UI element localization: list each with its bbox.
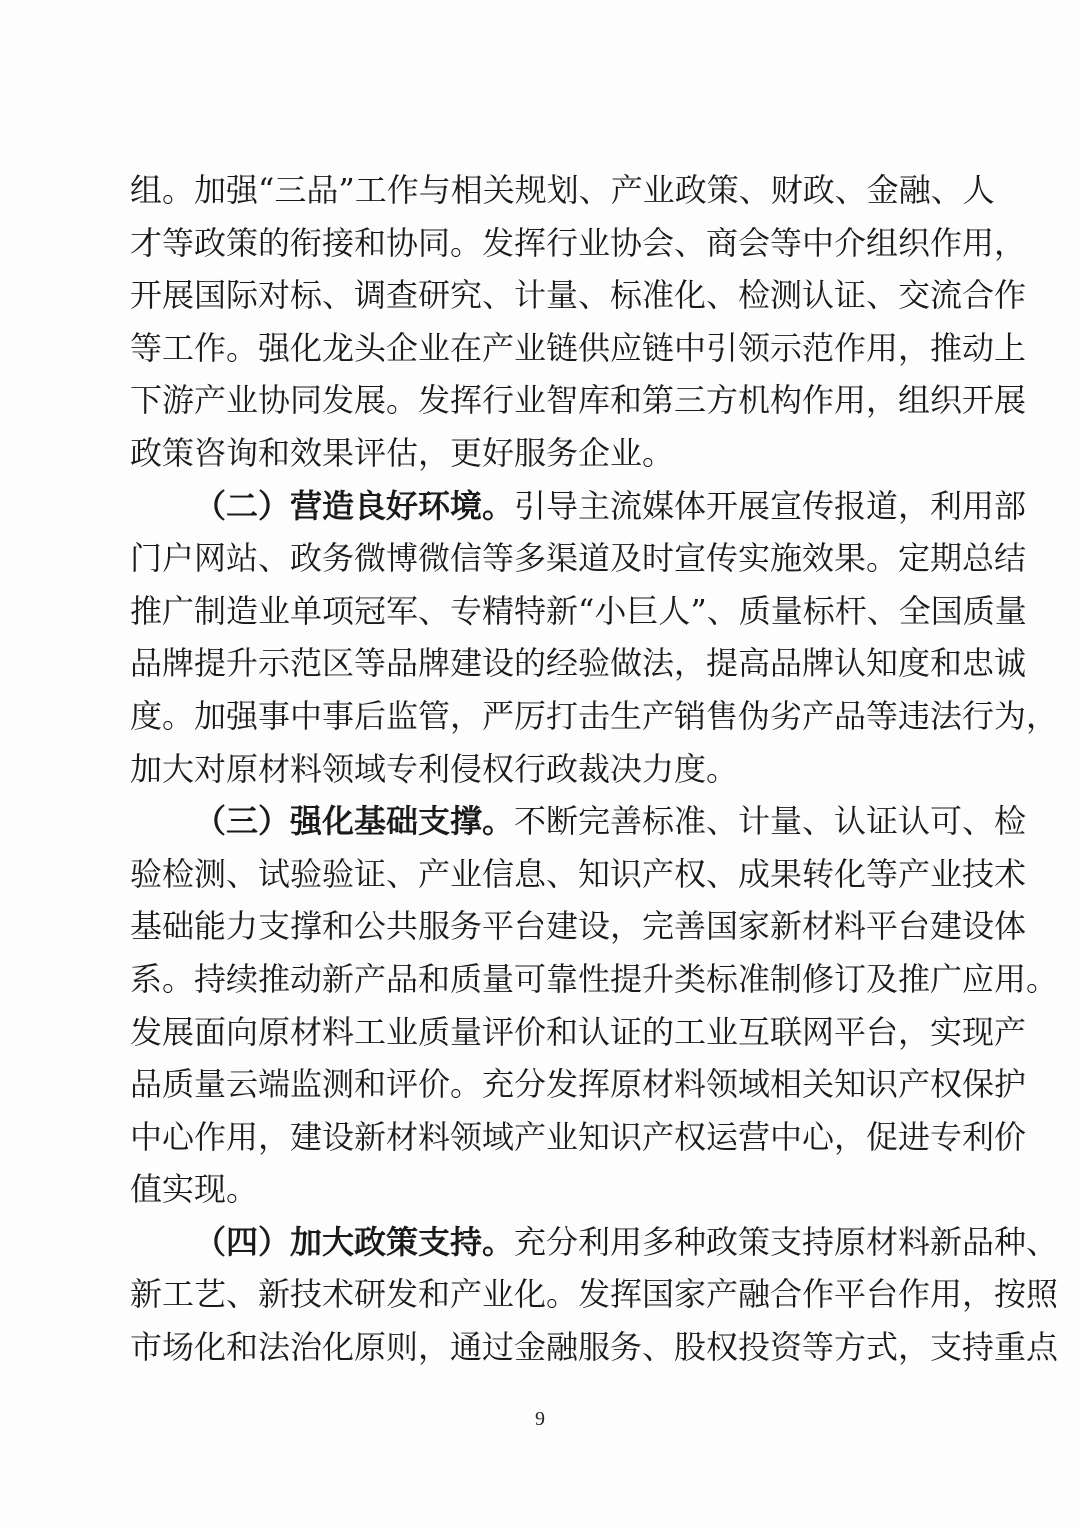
text-line: 才等政策的衔接和协同。发挥行业协会、商会等中介组织作用， <box>130 217 952 270</box>
text-line: （四）加大政策支持。充分利用多种政策支持原材料新品种、 <box>130 1216 952 1269</box>
text-line: 品质量云端监测和评价。充分发挥原材料领域相关知识产权保护 <box>130 1058 952 1111</box>
document-page: 组。加强“三品”工作与相关规划、产业政策、财政、金融、人 才等政策的衔接和协同。… <box>0 0 1080 1527</box>
text-line: 开展国际对标、调查研究、计量、标准化、检测认证、交流合作 <box>130 269 952 322</box>
text-line: 发展面向原材料工业质量评价和认证的工业互联网平台，实现产 <box>130 1006 952 1059</box>
text-line: 政策咨询和效果评估，更好服务企业。 <box>130 427 952 480</box>
section-heading: （二）营造良好环境。 <box>194 487 514 525</box>
text-line: 加大对原材料领域专利侵权行政裁决力度。 <box>130 743 952 796</box>
paragraph-environment: （二）营造良好环境。引导主流媒体开展宣传报道，利用部 门户网站、政务微博微信等多… <box>130 480 952 796</box>
text-line: 度。加强事中事后监管，严厉打击生产销售伪劣产品等违法行为， <box>130 690 952 743</box>
body-text: 组。加强“三品”工作与相关规划、产业政策、财政、金融、人 才等政策的衔接和协同。… <box>130 164 952 1374</box>
text-run: 不断完善标准、计量、认证认可、检 <box>514 802 1026 840</box>
text-line: 门户网站、政务微博微信等多渠道及时宣传实施效果。定期总结 <box>130 532 952 585</box>
section-heading: （四）加大政策支持。 <box>194 1223 514 1261</box>
text-line: 市场化和法治化原则，通过金融服务、股权投资等方式，支持重点 <box>130 1321 952 1374</box>
text-line: 下游产业协同发展。发挥行业智库和第三方机构作用，组织开展 <box>130 374 952 427</box>
paragraph-policy: （四）加大政策支持。充分利用多种政策支持原材料新品种、 新工艺、新技术研发和产业… <box>130 1216 952 1374</box>
page-number: 9 <box>0 1408 1080 1431</box>
paragraph-continuation: 组。加强“三品”工作与相关规划、产业政策、财政、金融、人 才等政策的衔接和协同。… <box>130 164 952 480</box>
text-line: （三）强化基础支撑。不断完善标准、计量、认证认可、检 <box>130 795 952 848</box>
text-line: 推广制造业单项冠军、专精特新“小巨人”、质量标杆、全国质量 <box>130 585 952 638</box>
text-line: 验检测、试验验证、产业信息、知识产权、成果转化等产业技术 <box>130 848 952 901</box>
text-line: 值实现。 <box>130 1163 952 1216</box>
text-line: 系。持续推动新产品和质量可靠性提升类标准制修订及推广应用。 <box>130 953 952 1006</box>
text-run: 引导主流媒体开展宣传报道，利用部 <box>514 487 1026 525</box>
paragraph-foundation: （三）强化基础支撑。不断完善标准、计量、认证认可、检 验检测、试验验证、产业信息… <box>130 795 952 1216</box>
text-line: 等工作。强化龙头企业在产业链供应链中引领示范作用，推动上 <box>130 322 952 375</box>
text-line: 品牌提升示范区等品牌建设的经验做法，提高品牌认知度和忠诚 <box>130 637 952 690</box>
text-line: 组。加强“三品”工作与相关规划、产业政策、财政、金融、人 <box>130 164 952 217</box>
text-line: 基础能力支撑和公共服务平台建设，完善国家新材料平台建设体 <box>130 900 952 953</box>
text-run: 充分利用多种政策支持原材料新品种、 <box>514 1223 1058 1261</box>
text-line: 中心作用，建设新材料领域产业知识产权运营中心，促进专利价 <box>130 1111 952 1164</box>
section-heading: （三）强化基础支撑。 <box>194 802 514 840</box>
text-line: （二）营造良好环境。引导主流媒体开展宣传报道，利用部 <box>130 480 952 533</box>
text-line: 新工艺、新技术研发和产业化。发挥国家产融合作平台作用，按照 <box>130 1268 952 1321</box>
